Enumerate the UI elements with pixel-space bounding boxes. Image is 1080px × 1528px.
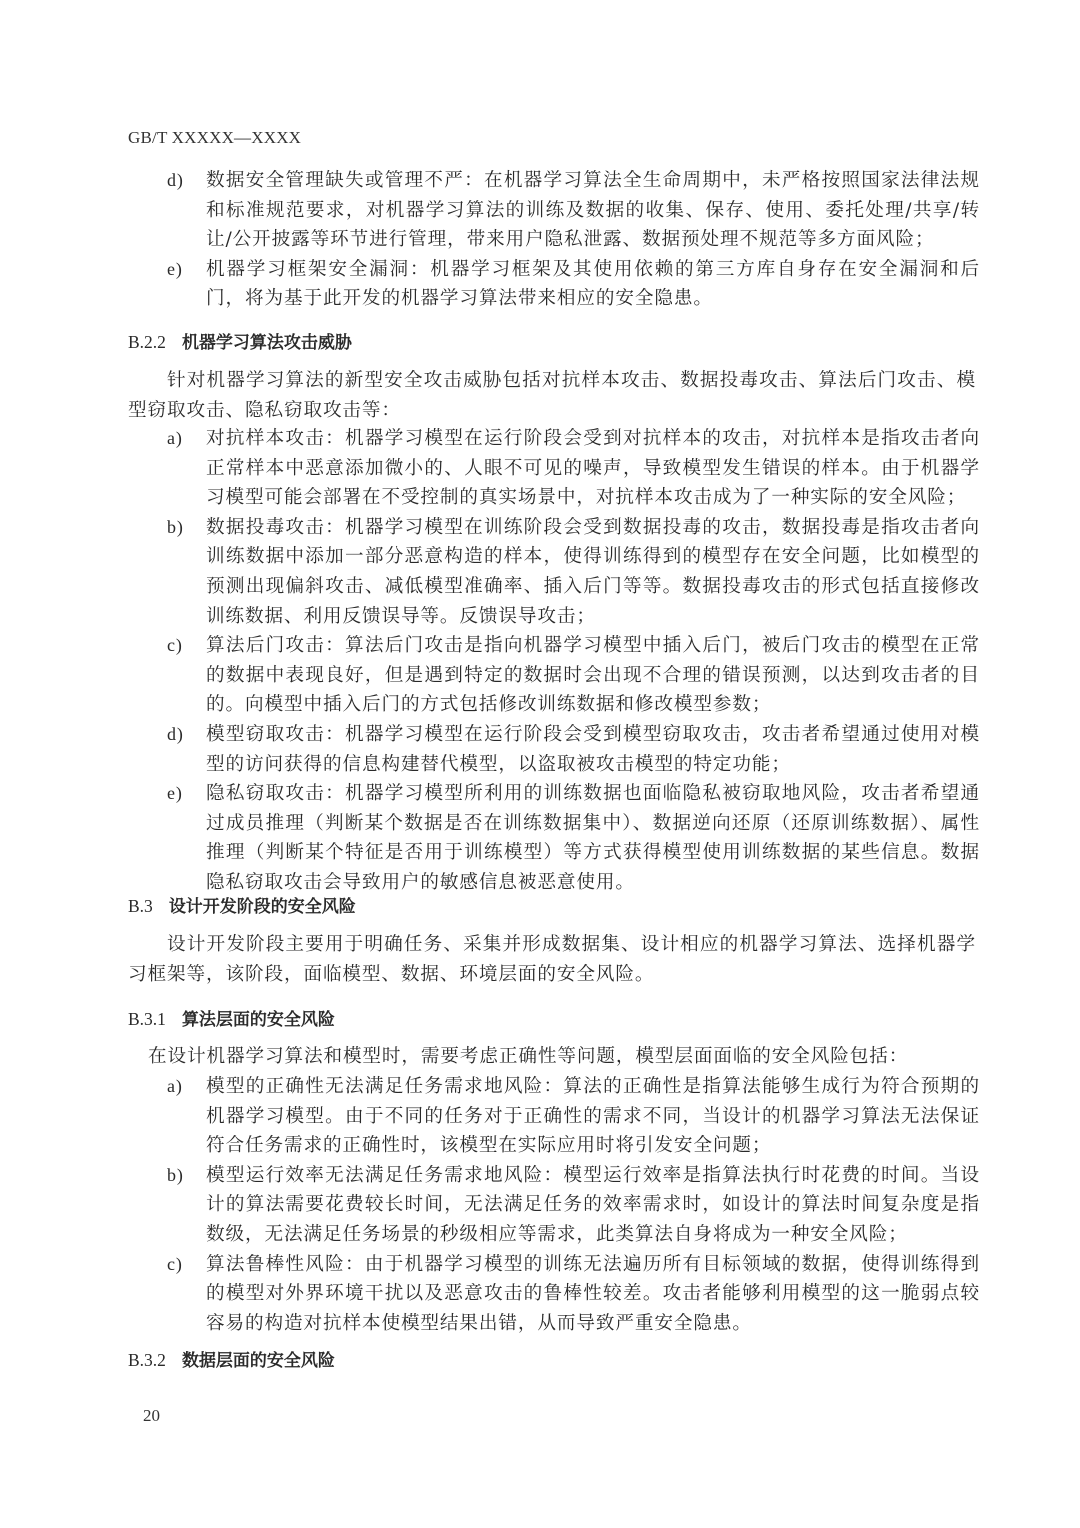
- section-title: 算法层面的安全风险: [182, 1010, 335, 1030]
- list-item: e) 机器学习框架安全漏洞：机器学习框架及其使用依赖的第三方库自身存在安全漏洞和…: [128, 255, 980, 314]
- list-item-text: 数据投毒攻击：机器学习模型在训练阶段会受到数据投毒的攻击，数据投毒是指攻击者向训…: [206, 517, 980, 627]
- section-heading-b31: B.3.1算法层面的安全风险: [128, 1005, 335, 1030]
- list-item: e) 隐私窃取攻击：机器学习模型所利用的训练数据也面临隐私被窃取地风险，攻击者希…: [128, 779, 980, 897]
- list-item: d) 模型窃取攻击：机器学习模型在运行阶段会受到模型窃取攻击，攻击者希望通过使用…: [128, 720, 980, 779]
- list-item: c) 算法后门攻击：算法后门攻击是指向机器学习模型中插入后门，被后门攻击的模型在…: [128, 631, 980, 720]
- list-item-text: 隐私窃取攻击：机器学习模型所利用的训练数据也面临隐私被窃取地风险，攻击者希望通过…: [206, 783, 980, 893]
- list-item-text: 算法鲁棒性风险：由于机器学习模型的训练无法遍历所有目标领域的数据，使得训练得到的…: [206, 1254, 980, 1334]
- list-marker: e): [167, 255, 183, 285]
- list-item-text: 模型窃取攻击：机器学习模型在运行阶段会受到模型窃取攻击，攻击者希望通过使用对模型…: [206, 724, 980, 775]
- list-item: d) 数据安全管理缺失或管理不严：在机器学习算法全生命周期中，未严格按照国家法律…: [128, 166, 980, 255]
- list-marker: d): [167, 166, 184, 196]
- list-item-text: 算法后门攻击：算法后门攻击是指向机器学习模型中插入后门，被后门攻击的模型在正常的…: [206, 635, 980, 715]
- section-b31-intro: 在设计机器学习算法和模型时，需要考虑正确性等问题，模型层面面临的安全风险包括：: [128, 1042, 976, 1072]
- list-b31: a) 模型的正确性无法满足任务需求地风险：算法的正确性是指算法能够生成行为符合预…: [128, 1072, 980, 1338]
- list-item-text: 数据安全管理缺失或管理不严：在机器学习算法全生命周期中，未严格按照国家法律法规和…: [206, 170, 980, 250]
- list-marker: a): [167, 1072, 183, 1102]
- list-marker: a): [167, 424, 183, 454]
- standard-code-header: GB/T XXXXX—XXXX: [128, 128, 301, 148]
- section-number: B.3: [128, 896, 153, 917]
- list-item: b) 模型运行效率无法满足任务需求地风险：模型运行效率是指算法执行时花费的时间。…: [128, 1161, 980, 1250]
- section-title: 数据层面的安全风险: [182, 1351, 335, 1371]
- section-b3-intro: 设计开发阶段主要用于明确任务、采集并形成数据集、设计相应的机器学习算法、选择机器…: [128, 930, 976, 989]
- section-heading-b3: B.3设计开发阶段的安全风险: [128, 892, 356, 917]
- list-marker: e): [167, 779, 183, 809]
- list-marker: c): [167, 1250, 183, 1280]
- list-item: c) 算法鲁棒性风险：由于机器学习模型的训练无法遍历所有目标领域的数据，使得训练…: [128, 1250, 980, 1339]
- section-heading-b32: B.3.2数据层面的安全风险: [128, 1346, 335, 1371]
- section-title: 设计开发阶段的安全风险: [169, 897, 356, 917]
- list-item-text: 机器学习框架安全漏洞：机器学习框架及其使用依赖的第三方库自身存在安全漏洞和后门，…: [206, 259, 980, 310]
- list-item: a) 模型的正确性无法满足任务需求地风险：算法的正确性是指算法能够生成行为符合预…: [128, 1072, 980, 1161]
- list-marker: b): [167, 1161, 184, 1191]
- section-number: B.2.2: [128, 332, 166, 353]
- list-item-text: 模型运行效率无法满足任务需求地风险：模型运行效率是指算法执行时花费的时间。当设计…: [206, 1165, 980, 1245]
- section-title: 机器学习算法攻击威胁: [182, 333, 352, 353]
- section-number: B.3.2: [128, 1350, 166, 1371]
- list-item-text: 对抗样本攻击：机器学习模型在运行阶段会受到对抗样本的攻击，对抗样本是指攻击者向正…: [206, 428, 980, 508]
- document-page: GB/T XXXXX—XXXX d) 数据安全管理缺失或管理不严：在机器学习算法…: [0, 0, 1080, 1528]
- list-marker: b): [167, 513, 184, 543]
- page-number: 20: [143, 1406, 160, 1426]
- list-item: a) 对抗样本攻击：机器学习模型在运行阶段会受到对抗样本的攻击，对抗样本是指攻击…: [128, 424, 980, 513]
- list-b21-continued: d) 数据安全管理缺失或管理不严：在机器学习算法全生命周期中，未严格按照国家法律…: [128, 166, 980, 314]
- section-heading-b22: B.2.2机器学习算法攻击威胁: [128, 328, 352, 353]
- section-number: B.3.1: [128, 1009, 166, 1030]
- section-b22-intro: 针对机器学习算法的新型安全攻击威胁包括对抗样本攻击、数据投毒攻击、算法后门攻击、…: [128, 366, 976, 425]
- list-marker: c): [167, 631, 183, 661]
- list-b22: a) 对抗样本攻击：机器学习模型在运行阶段会受到对抗样本的攻击，对抗样本是指攻击…: [128, 424, 980, 898]
- list-item: b) 数据投毒攻击：机器学习模型在训练阶段会受到数据投毒的攻击，数据投毒是指攻击…: [128, 513, 980, 631]
- list-item-text: 模型的正确性无法满足任务需求地风险：算法的正确性是指算法能够生成行为符合预期的机…: [206, 1076, 980, 1156]
- list-marker: d): [167, 720, 184, 750]
